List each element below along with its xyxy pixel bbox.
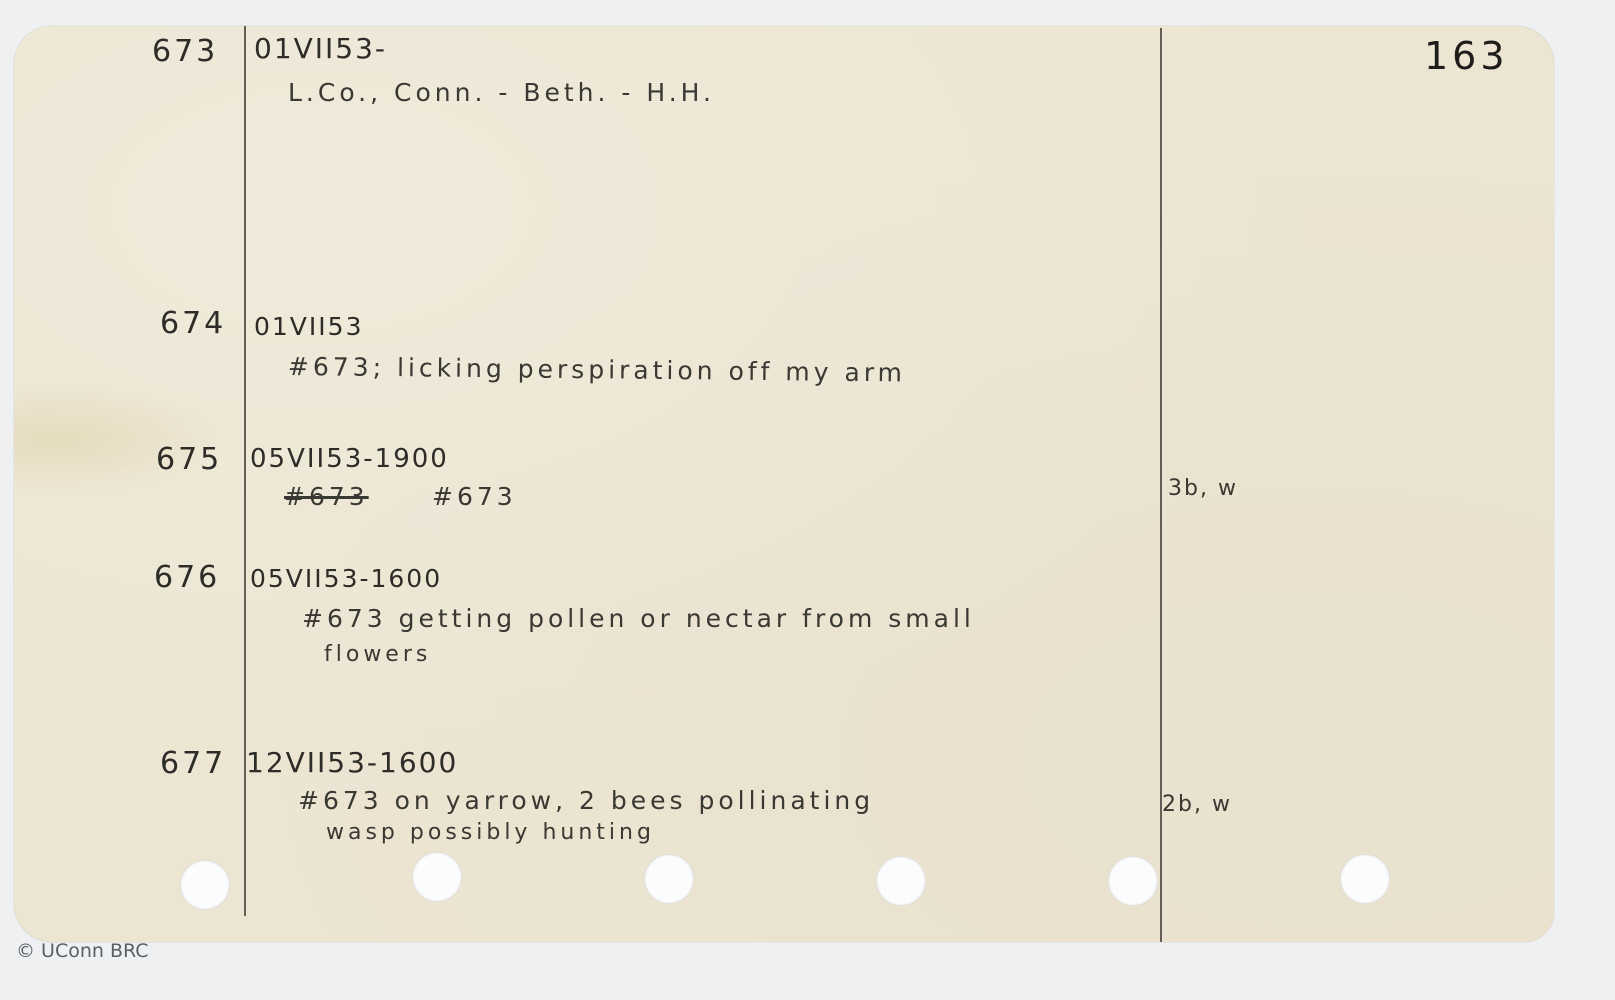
entry-date: 05VII53-1900 (250, 444, 449, 474)
punch-hole (180, 860, 230, 910)
scan-viewer: 163 673 01VII53- L.Co., Conn. - Beth. - … (0, 0, 1615, 1000)
entry-number: 676 (154, 560, 220, 595)
entry-note-line: #673 getting pollen or nectar from small (302, 604, 975, 633)
entry-date: 01VII53- (254, 32, 387, 65)
entry-note-line: wasp possibly hunting (326, 820, 655, 845)
entry-number: 673 (152, 34, 218, 69)
punch-hole (876, 856, 926, 906)
struck-out-reference: #673 (284, 482, 369, 511)
left-margin-rule (244, 26, 246, 916)
entry-date: 05VII53-1600 (250, 564, 442, 593)
punch-hole (1340, 854, 1390, 904)
punch-hole (1108, 856, 1158, 906)
entry-note-line: #673 on yarrow, 2 bees pollinating (298, 786, 874, 815)
entry-note-line: #673; licking perspiration off my arm (288, 352, 906, 387)
entry-date: 12VII53-1600 (246, 746, 458, 779)
entry-note-line: L.Co., Conn. - Beth. - H.H. (288, 78, 715, 107)
entry-number: 677 (160, 746, 226, 781)
entry-note-line: flowers (324, 642, 431, 667)
catalog-card: 163 673 01VII53- L.Co., Conn. - Beth. - … (14, 26, 1554, 942)
entry-side-note: 2b, w (1162, 792, 1232, 817)
entry-note-line: #673 (432, 482, 517, 511)
entry-date: 01VII53 (254, 312, 363, 341)
entry-side-note: 3b, w (1168, 476, 1238, 501)
card-page-number: 163 (1424, 34, 1509, 78)
entry-number: 674 (160, 306, 226, 341)
entry-number: 675 (156, 442, 222, 477)
copyright-notice: © UConn BRC (16, 940, 149, 962)
punch-hole (412, 852, 462, 902)
punch-hole (644, 854, 694, 904)
